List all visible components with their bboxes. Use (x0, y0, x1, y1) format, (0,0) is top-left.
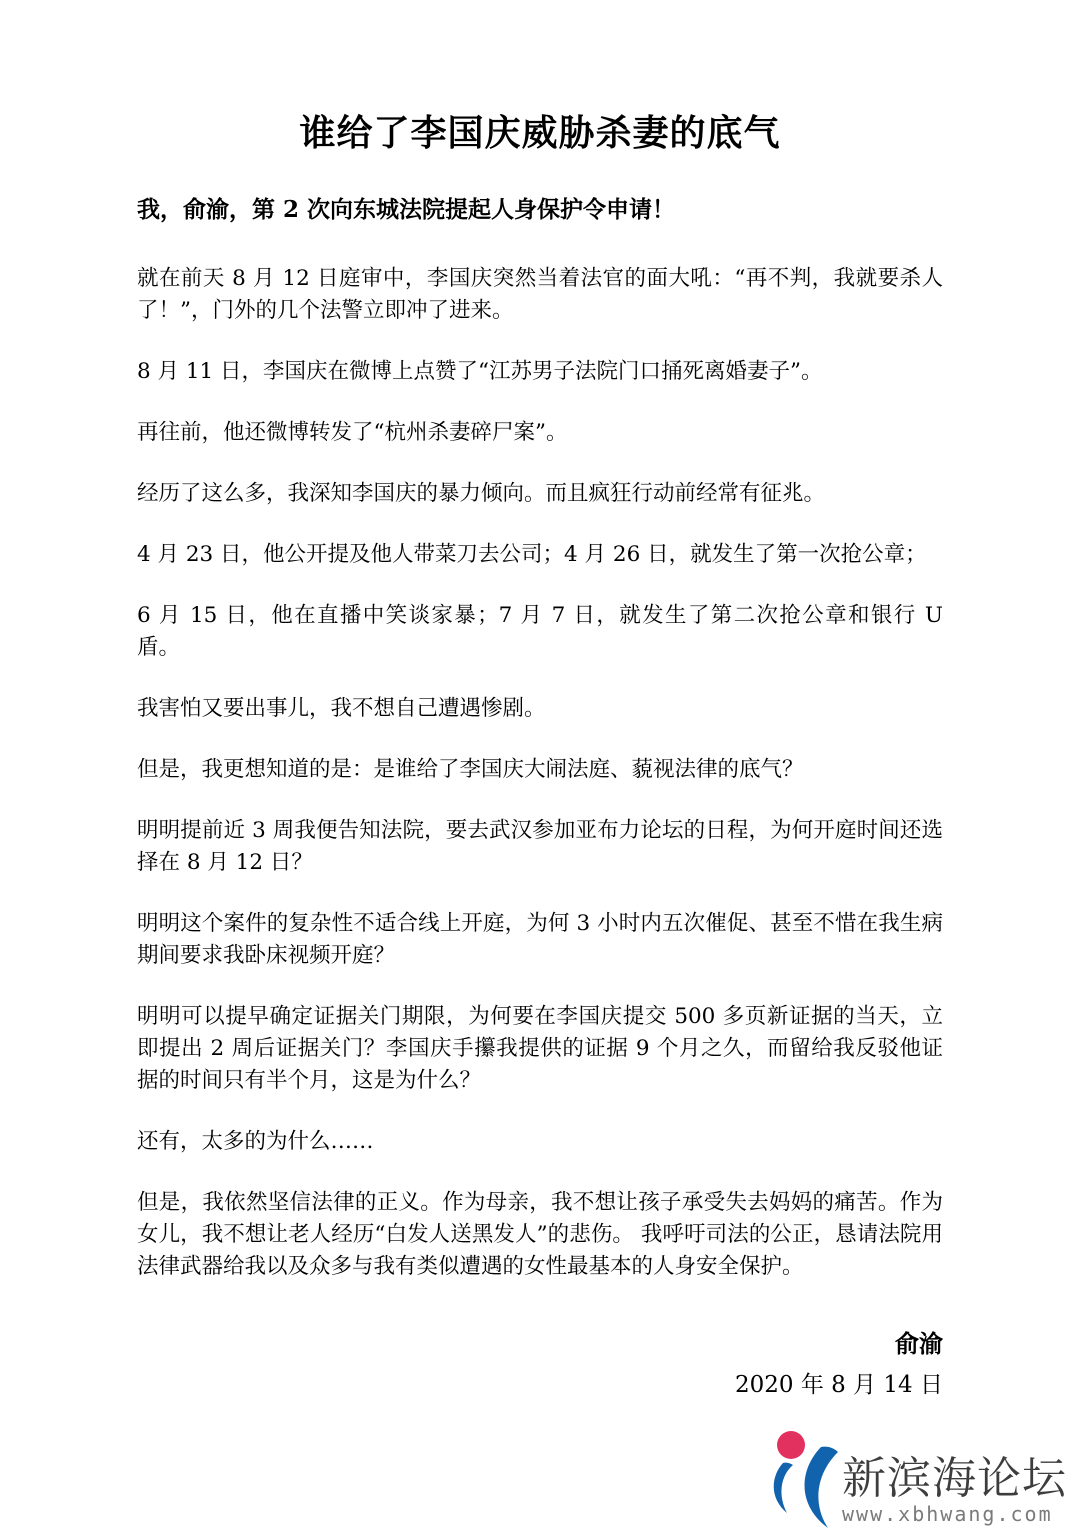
paragraph-more-questions: 还有，太多的为什么…… (137, 1126, 943, 1158)
page-title: 谁给了李国庆威胁杀妻的底气 (137, 110, 943, 156)
forum-watermark: 新滨海论坛 www.xbhwang.com (768, 1430, 1067, 1528)
paragraph-question-evidence: 明明可以提早确定证据关门期限，为何要在李国庆提交 500 多页新证据的当天，立即… (137, 1001, 943, 1097)
paragraph-weibo-like: 8 月 11 日，李国庆在微博上点赞了“江苏男子法院门口捅死离婚妻子”。 (137, 356, 943, 388)
paragraph-closing-appeal: 但是，我依然坚信法律的正义。作为母亲，我不想让孩子承受失去妈妈的痛苦。作为女儿，… (137, 1187, 943, 1283)
document-page: 谁给了李国庆威胁杀妻的底气 我，俞渝，第 2 次向东城法院提起人身保护令申请！ … (0, 0, 1080, 1528)
paragraph-weibo-repost: 再往前，他还微博转发了“杭州杀妻碎尸案”。 (137, 417, 943, 449)
signature-block: 俞渝 2020 年 8 月 14 日 (137, 1325, 943, 1407)
paragraph-april-events: 4 月 23 日，他公开提及他人带菜刀去公司；4 月 26 日，就发生了第一次抢… (137, 539, 943, 571)
forum-logo-person-icon (768, 1430, 848, 1528)
paragraph-question-main: 但是，我更想知道的是：是谁给了李国庆大闹法庭、藐视法律的底气？ (137, 754, 943, 786)
signature-date: 2020 年 8 月 14 日 (137, 1363, 943, 1407)
paragraph-question-date: 明明提前近 3 周我便告知法院，要去武汉参加亚布力论坛的日程，为何开庭时间还选择… (137, 815, 943, 879)
paragraph-fear: 我害怕又要出事儿，我不想自己遭遇惨剧。 (137, 693, 943, 725)
forum-name: 新滨海论坛 (842, 1456, 1067, 1502)
forum-watermark-text: 新滨海论坛 www.xbhwang.com (842, 1456, 1067, 1528)
paragraph-question-online: 明明这个案件的复杂性不适合线上开庭，为何 3 小时内五次催促、甚至不惜在我生病期… (137, 908, 943, 972)
paragraph-court-shout: 就在前天 8 月 12 日庭审中，李国庆突然当着法官的面大吼：“再不判，我就要杀… (137, 263, 943, 327)
forum-url: www.xbhwang.com (842, 1502, 1053, 1526)
paragraph-violence-signs: 经历了这么多，我深知李国庆的暴力倾向。而且疯狂行动前经常有征兆。 (137, 478, 943, 510)
paragraph-june-july: 6 月 15 日，他在直播中笑谈家暴；7 月 7 日，就发生了第二次抢公章和银行… (137, 600, 943, 664)
statement-subtitle: 我，俞渝，第 2 次向东城法院提起人身保护令申请！ (137, 194, 943, 226)
signature-name: 俞渝 (137, 1325, 943, 1363)
